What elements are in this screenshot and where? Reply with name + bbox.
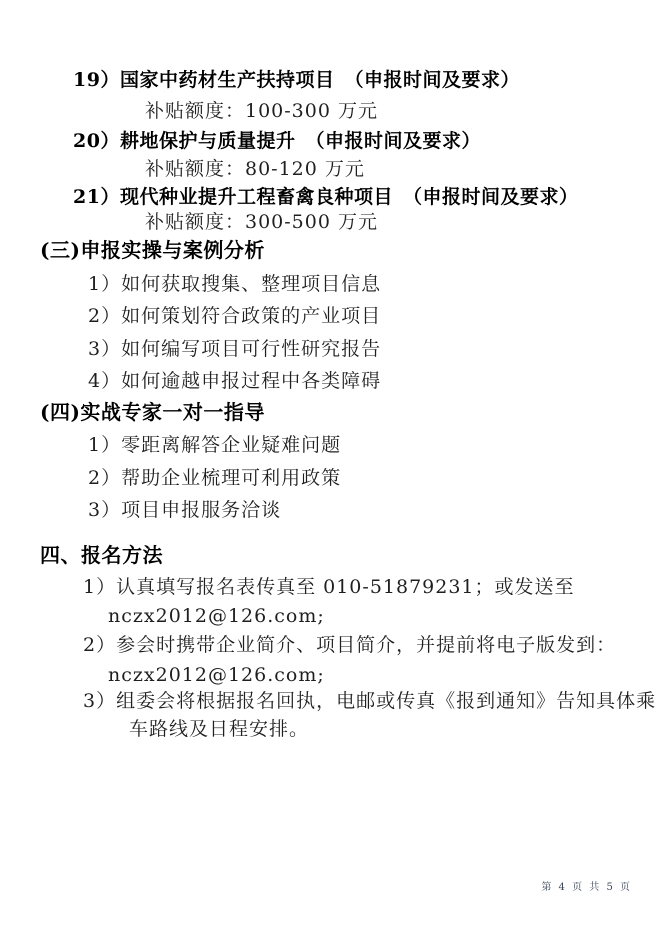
section-3-heading: (三)申报实操与案例分析 <box>40 240 265 261</box>
section-3-item-1: 1）如何获取搜集、整理项目信息 <box>88 274 381 295</box>
signup-step-2-email: nczx2012@126.com; <box>108 665 325 686</box>
section-3-item-3: 3）如何编写项目可行性研究报告 <box>88 339 381 360</box>
signup-step-3: 3）组委会将根据报名回执，电邮或传真《报到通知》告知具体乘 <box>83 691 656 712</box>
subsidy-amount-21: 补贴额度：300-500 万元 <box>145 212 378 233</box>
section-4-item-1: 1）零距离解答企业疑难问题 <box>88 435 341 456</box>
section-4-heading: (四)实战专家一对一指导 <box>40 402 265 423</box>
subsidy-amount-20: 补贴额度：80-120 万元 <box>145 159 365 180</box>
signup-step-2: 2）参会时携带企业简介、项目简介，并提前将电子版发到： <box>83 635 616 656</box>
signup-section-heading: 四、报名方法 <box>40 545 163 566</box>
project-item-19: 19）国家中药材生产扶持项目 （申报时间及要求） <box>73 70 520 91</box>
subsidy-amount-19: 补贴额度：100-300 万元 <box>145 101 378 122</box>
project-item-21: 21）现代种业提升工程畜禽良种项目 （申报时间及要求） <box>73 187 578 208</box>
document-page: 19）国家中药材生产扶持项目 （申报时间及要求） 补贴额度：100-300 万元… <box>0 0 656 925</box>
section-3-item-2: 2）如何策划符合政策的产业项目 <box>88 306 381 327</box>
project-item-20: 20）耕地保护与质量提升 （申报时间及要求） <box>73 131 481 152</box>
section-4-item-2: 2）帮助企业梳理可利用政策 <box>88 468 341 489</box>
signup-step-3-cont: 车路线及日程安排。 <box>129 719 309 740</box>
section-3-item-4: 4）如何逾越申报过程中各类障碍 <box>88 371 381 392</box>
section-4-item-3: 3）项目申报服务洽谈 <box>88 500 281 521</box>
page-number-indicator: 第 4 页 共 5 页 <box>541 882 632 894</box>
signup-step-1-email: nczx2012@126.com; <box>108 606 325 627</box>
signup-step-1: 1）认真填写报名表传真至 010-51879231；或发送至 <box>83 577 575 598</box>
